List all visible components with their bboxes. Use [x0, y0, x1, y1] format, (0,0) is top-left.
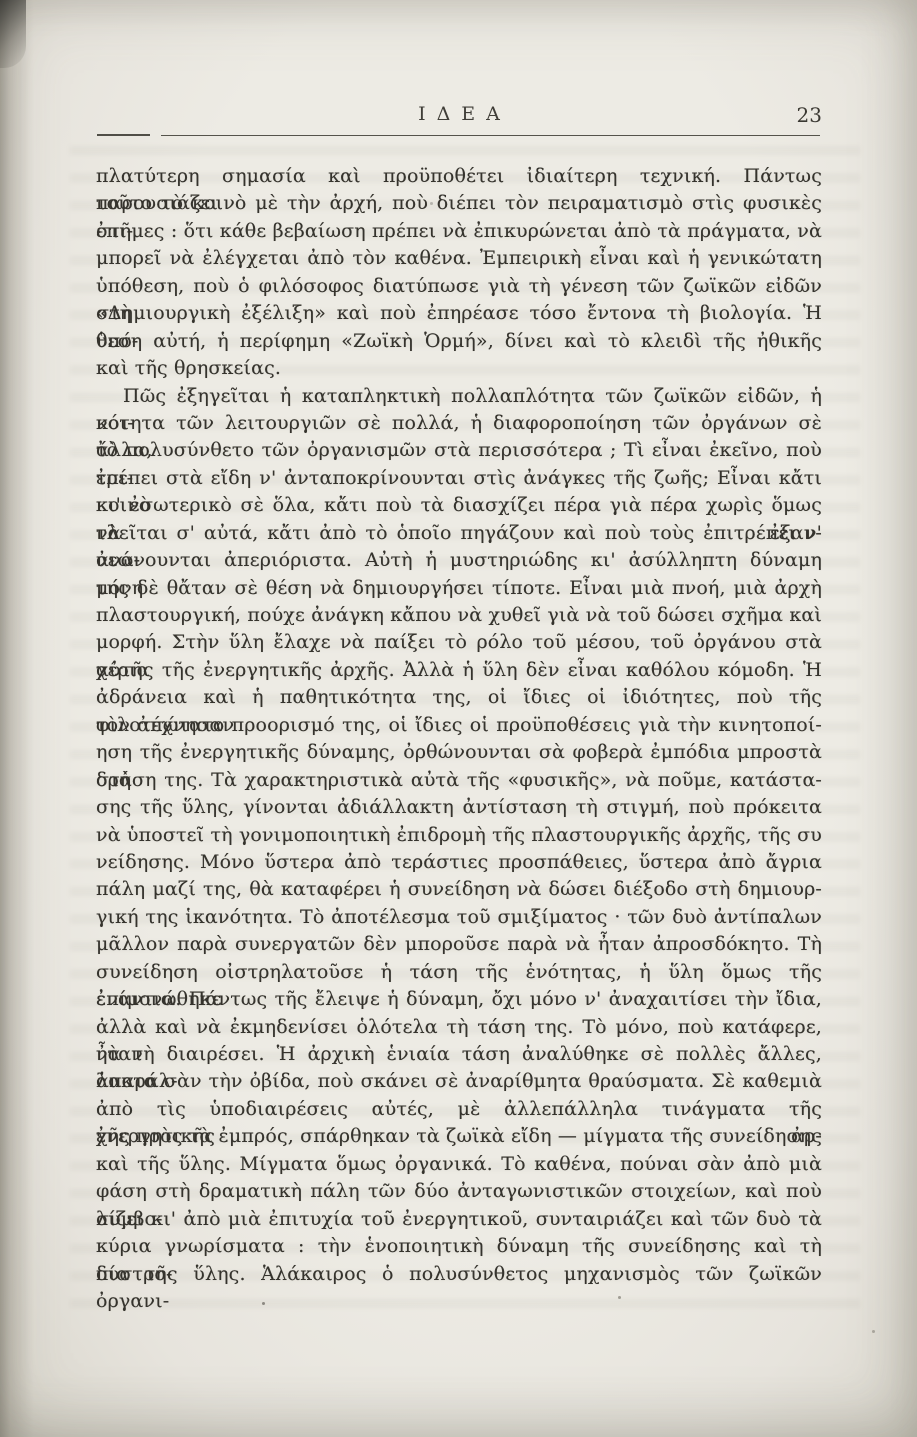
scan-corner-mark	[0, 0, 26, 68]
text-line: δράση της. Τὰ χαρακτηριστικὰ αὐτὰ τῆς «φ…	[96, 767, 822, 794]
text-line: καὶ τῆς ὕλης. Μίγματα ὅμως ὀργανικά. Τὸ …	[96, 1151, 822, 1178]
text-line: σης τῆς ὕλης, γίνονται ἀδιάλλακτη ἀντίστ…	[96, 794, 822, 821]
text-line: πλατύτερη σημασία καὶ προϋποθέτει ἰδιαίτ…	[96, 163, 822, 190]
text-line: αὐτῆς τῆς ἐνεργητικῆς ἀρχῆς. Ἀλλὰ ἡ ὕλη …	[96, 657, 822, 684]
text-line: Πῶς ἐξηγεῖται ἡ καταπληκτικὴ πολλαπλότητ…	[96, 383, 822, 410]
text-line: πία τῆς ὕλης. Ἁλάκαιρος ὁ πολυσύνθετος μ…	[96, 1261, 822, 1288]
paper-specks	[262, 1302, 265, 1305]
page-text: πλατύτερη σημασία καὶ προϋποθέτει ἰδιαίτ…	[96, 163, 822, 1288]
text-line: γική της ἱκανότητα. Τὸ ἀποτέλεσμα τοῦ σμ…	[96, 904, 822, 931]
paragraph: Πῶς ἐξηγεῖται ἡ καταπληκτικὴ πολλαπλότητ…	[96, 383, 822, 1288]
text-line: νὰ ὑποστεῖ τὴ γονιμοποιητικὴ ἐπιδρομὴ τῆ…	[96, 822, 822, 849]
text-line: λίζει κι' ἀπὸ μιὰ ἐπιτυχία τοῦ ἐνεργητικ…	[96, 1206, 822, 1233]
text-line: κύρια γνωρίσματα : τὴν ἑνοποιητικὴ δύναμ…	[96, 1233, 822, 1260]
page-number: 23	[797, 103, 822, 127]
text-line: της δὲ θἄταν σὲ θέση νὰ δημιουργήσει τίπ…	[96, 575, 822, 602]
text-line: πάλη μαζί της, θὰ καταφέρει ἡ συνείδηση …	[96, 876, 822, 903]
text-line: μπορεῖ νὰ ἐλέγχεται ἀπὸ τὸν καθένα. Ἐμπε…	[96, 245, 822, 272]
text-line: χῆς πρὸς τὰ ἐμπρός, σπάρθηκαν τὰ ζωϊκὰ ε…	[96, 1123, 822, 1150]
text-line: νείδησης. Μόνο ὕστερα ἀπὸ τεράστιες προσ…	[96, 849, 822, 876]
text-line: νὰ τὴ διαιρέσει. Ἡ ἀρχικὴ ἑνιαία τάση ἀν…	[96, 1041, 822, 1068]
running-title: ΙΔΕΑ	[96, 103, 822, 125]
text-line: ἀλλὰ καὶ νὰ ἐκμηδενίσει ὁλότελα τὴ τάση …	[96, 1014, 822, 1041]
text-line: τρέπει στὰ εἴδη ν' ἀνταποκρίνουνται στὶς…	[96, 465, 822, 492]
running-head: ΙΔΕΑ 23	[96, 103, 822, 131]
text-line: ἐπίμονα. Πάντως τῆς ἔλειψε ἡ δύναμη, ὄχι…	[96, 986, 822, 1013]
text-line: λακτα σὰν τὴν ὀβίδα, ποὺ σκάνει σὲ ἀναρί…	[96, 1068, 822, 1095]
text-line: πλαστουργική, πούχε ἀνάγκη κἄπου νὰ χυθε…	[96, 602, 822, 629]
text-line: στῆμες : ὅτι κάθε βεβαίωση πρέπει νὰ ἐπι…	[96, 218, 822, 245]
text-line: «Δημιουργικὴ ἐξέλιξη» καὶ ποὺ ἐπηρέασε τ…	[96, 300, 822, 327]
text-line: τὸν ἀπώτατο προορισμό της, οἱ ἴδιες οἱ π…	[96, 712, 822, 739]
text-line: τοῦτο τὸ κοινὸ μὲ τὴν ἀρχή, ποὺ διέπει τ…	[96, 190, 822, 217]
text-line: ὑπόθεση, ποὺ ὁ φιλόσοφος διατύπωσε γιὰ τ…	[96, 273, 822, 300]
text-line: μᾶλλον παρὰ συνεργατῶν δὲν μποροῦσε παρὰ…	[96, 931, 822, 958]
paragraph: πλατύτερη σημασία καὶ προϋποθέτει ἰδιαίτ…	[96, 163, 822, 383]
text-line: ἀπὸ τὶς ὑποδιαιρέσεις αὐτές, μὲ ἀλλεπάλλ…	[96, 1096, 822, 1123]
text-line: καὶ τῆς θρησκείας.	[96, 355, 822, 382]
text-line: τλεῖται σ' αὐτά, κἄτι ἀπὸ τὸ ὁποῖο πηγάζ…	[96, 520, 822, 547]
header-rule-dash	[97, 134, 150, 136]
text-line: νεώνουνται ἀπεριόριστα. Αὐτὴ ἡ μυστηριώδ…	[96, 547, 822, 574]
header-rule	[161, 135, 820, 137]
text-line: κι' ἐσωτερικὸ σὲ ὅλα, κἄτι ποὺ τὰ διασχί…	[96, 492, 822, 519]
text-line: συνείδηση οἰστρηλατοῦσε ἡ τάση τῆς ἑνότη…	[96, 959, 822, 986]
scanned-book-page: ΙΔΕΑ 23 πλατύτερη σημασία καὶ προϋποθέτε…	[0, 0, 917, 1437]
text-line: θεση αὐτή, ἡ περίφημη «Ζωϊκὴ Ὁρμή», δίνε…	[96, 328, 822, 355]
text-line: τὸ πολυσύνθετο τῶν ὀργανισμῶν στὰ περισσ…	[96, 437, 822, 464]
text-line: μορφή. Στὴν ὕλη ἔλαχε νὰ παίξει τὸ ρόλο …	[96, 629, 822, 656]
text-line: ἀδράνεια καὶ ἡ παθητικότητα της, οἱ ἴδιε…	[96, 684, 822, 711]
text-line: νότητα τῶν λειτουργιῶν σὲ πολλά, ἡ διαφο…	[96, 410, 822, 437]
text-line: φάση στὴ δραματικὴ πάλη τῶν δύο ἀνταγωνι…	[96, 1178, 822, 1205]
text-line: ηση τῆς ἐνεργητικῆς δύναμης, ὀρθώνουνται…	[96, 739, 822, 766]
scan-edge-shadow	[0, 0, 34, 1437]
